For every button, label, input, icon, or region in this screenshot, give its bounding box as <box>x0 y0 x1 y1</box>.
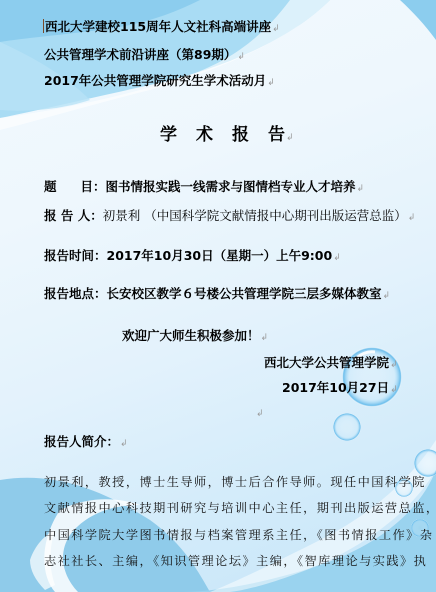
empty-paragraph: ↲ <box>255 404 264 422</box>
paragraph-mark: ↲ <box>256 409 264 419</box>
header-line-1: 西北大学建校115周年人文社科高端讲座↲ <box>43 19 280 37</box>
page-title: 学术报告↲ <box>160 120 294 145</box>
time-label: 报告时间： <box>44 248 107 263</box>
time-value: 2017年10月30日（星期一）上午9:00 <box>107 248 333 263</box>
welcome-text: 欢迎广大师生积极参加！ <box>122 328 260 343</box>
paragraph-mark: ↲ <box>333 253 341 263</box>
topic-label: 题 <box>44 179 57 194</box>
header-line-2: 公共管理学术前沿讲座（第89期）↲ <box>44 47 245 65</box>
title-char: 学 <box>160 120 196 145</box>
place-row: 报告地点：长安校区教学６号楼公共管理学院三层多媒体教室↲ <box>44 286 390 304</box>
bio-line: 初景利，教授，博士生导师，博士后合作导师。现任中国科学院 <box>44 469 428 495</box>
paragraph-mark: ↲ <box>357 184 365 194</box>
text-cursor <box>43 19 44 33</box>
title-char: 报 <box>232 120 268 145</box>
speaker-label: 报 告 人： <box>44 208 103 223</box>
place-label: 报告地点： <box>44 286 107 301</box>
signature-date: 2017年10月27日↲ <box>282 380 398 398</box>
topic-value: 图书情报实践一线需求与图情档专业人才培养 <box>106 179 356 194</box>
speaker-value: 初景利 （中国科学院文献情报中心期刊出版运营总监） <box>103 208 407 223</box>
header-line-2-text: 公共管理学术前沿讲座（第89期） <box>44 47 236 62</box>
paragraph-mark: ↲ <box>261 333 269 343</box>
signature-date-text: 2017年10月27日 <box>282 380 389 395</box>
paragraph-mark: ↲ <box>120 439 128 449</box>
bio-line: 文献情报中心科技期刊研究与培训中心主任，期刊出版运营总监， <box>44 495 428 521</box>
speaker-row: 报 告 人：初景利 （中国科学院文献情报中心期刊出版运营总监）↲ <box>44 208 415 226</box>
signature-org-text: 西北大学公共管理学院 <box>264 355 389 370</box>
paragraph-mark: ↲ <box>237 52 245 62</box>
paragraph-mark: ↲ <box>383 291 391 301</box>
topic-row: 题目：图书情报实践一线需求与图情档专业人才培养↲ <box>44 179 364 197</box>
topic-label-suffix: 目： <box>81 179 106 194</box>
document-page: 西北大学建校115周年人文社科高端讲座↲ 公共管理学术前沿讲座（第89期）↲ 2… <box>0 0 436 592</box>
bio-paragraph: 初景利，教授，博士生导师，博士后合作导师。现任中国科学院 文献情报中心科技期刊研… <box>44 469 428 574</box>
bio-line: 志社社长、主编，《知识管理论坛》主编，《智库理论与实践》执 <box>44 548 428 574</box>
signature-org: 西北大学公共管理学院↲ <box>264 355 398 373</box>
paragraph-mark: ↲ <box>390 360 398 370</box>
paragraph-mark: ↲ <box>267 78 275 88</box>
paragraph-mark: ↲ <box>286 133 294 143</box>
bio-heading: 报告人简介：↲ <box>44 434 128 452</box>
header-line-3: 2017年公共管理学院研究生学术活动月↲ <box>44 73 275 91</box>
title-char: 告 <box>268 125 285 145</box>
paragraph-mark: ↲ <box>408 213 416 223</box>
time-row: 报告时间：2017年10月30日（星期一）上午9:00↲ <box>44 248 341 266</box>
header-line-1-text: 西北大学建校115周年人文社科高端讲座 <box>45 19 271 34</box>
paragraph-mark: ↲ <box>390 385 398 395</box>
welcome-line: 欢迎广大师生积极参加！↲ <box>122 328 268 346</box>
bio-heading-text: 报告人简介： <box>44 434 119 449</box>
header-line-3-text: 2017年公共管理学院研究生学术活动月 <box>44 73 266 88</box>
place-value: 长安校区教学６号楼公共管理学院三层多媒体教室 <box>107 286 382 301</box>
paragraph-mark: ↲ <box>272 24 280 34</box>
title-char: 术 <box>196 120 232 145</box>
bio-line: 中国科学院大学图书情报与档案管理系主任，《图书情报工作》杂 <box>44 522 428 548</box>
